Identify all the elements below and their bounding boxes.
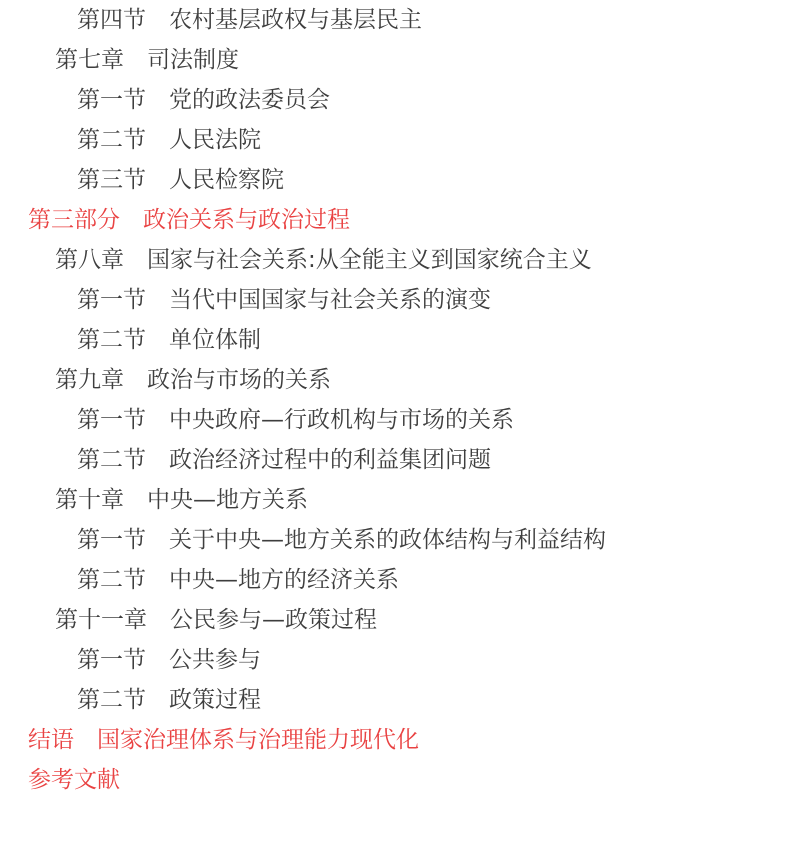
toc-entry-label: 第四节 bbox=[77, 7, 146, 33]
toc-entry-label: 结语 bbox=[28, 727, 74, 753]
toc-entry-label: 第一节 bbox=[77, 287, 146, 313]
toc-entry: 第四节农村基层政权与基层民主 bbox=[0, 0, 790, 40]
toc-entry-title: 中央政府—行政机构与市场的关系 bbox=[169, 407, 514, 433]
toc-entry: 第二节中央—地方的经济关系 bbox=[0, 560, 790, 600]
toc-entry-label: 第一节 bbox=[77, 87, 146, 113]
toc-entry: 第一节党的政法委员会 bbox=[0, 80, 790, 120]
toc-entry: 第一节关于中央—地方关系的政体结构与利益结构 bbox=[0, 520, 790, 560]
toc-entry-label: 第三部分 bbox=[28, 207, 120, 233]
toc-entry-title: 公共参与 bbox=[169, 647, 261, 673]
toc-entry-title: 公民参与—政策过程 bbox=[170, 607, 377, 633]
toc-entry: 第九章政治与市场的关系 bbox=[0, 360, 790, 400]
toc-entry: 结语国家治理体系与治理能力现代化 bbox=[0, 720, 790, 760]
toc-entry: 第三部分政治关系与政治过程 bbox=[0, 200, 790, 240]
toc-entry-label: 第三节 bbox=[77, 167, 146, 193]
toc-entry: 第二节政治经济过程中的利益集团问题 bbox=[0, 440, 790, 480]
toc-entry: 第一节当代中国国家与社会关系的演变 bbox=[0, 280, 790, 320]
toc-entry: 第十一章公民参与—政策过程 bbox=[0, 600, 790, 640]
toc-entry-title: 政治与市场的关系 bbox=[147, 367, 331, 393]
toc-entry-title: 当代中国国家与社会关系的演变 bbox=[169, 287, 491, 313]
toc-entry-label: 第八章 bbox=[55, 247, 124, 273]
toc-entry-label: 第二节 bbox=[77, 327, 146, 353]
toc-entry-label: 第七章 bbox=[55, 47, 124, 73]
toc-entry: 第一节公共参与 bbox=[0, 640, 790, 680]
toc-entry-label: 第一节 bbox=[77, 527, 146, 553]
toc-entry-label: 第二节 bbox=[77, 447, 146, 473]
toc-entry: 第十章中央—地方关系 bbox=[0, 480, 790, 520]
toc-entry: 第七章司法制度 bbox=[0, 40, 790, 80]
toc-entry-label: 第一节 bbox=[77, 407, 146, 433]
toc-entry-label: 第二节 bbox=[77, 127, 146, 153]
toc-entry-title: 国家治理体系与治理能力现代化 bbox=[97, 727, 419, 753]
toc-entry: 第三节人民检察院 bbox=[0, 160, 790, 200]
toc-entry-label: 第一节 bbox=[77, 647, 146, 673]
toc-entry: 参考文献 bbox=[0, 760, 790, 800]
toc-entry-title: 国家与社会关系:从全能主义到国家统合主义 bbox=[147, 247, 592, 273]
toc-entry-label: 第二节 bbox=[77, 567, 146, 593]
toc-entry: 第一节中央政府—行政机构与市场的关系 bbox=[0, 400, 790, 440]
toc-entry-title: 农村基层政权与基层民主 bbox=[169, 7, 422, 33]
toc-entry-label: 参考文献 bbox=[28, 767, 120, 793]
toc-entry: 第八章国家与社会关系:从全能主义到国家统合主义 bbox=[0, 240, 790, 280]
toc-entry-title: 政治经济过程中的利益集团问题 bbox=[169, 447, 491, 473]
toc-entry: 第二节人民法院 bbox=[0, 120, 790, 160]
toc-entry-label: 第二节 bbox=[77, 687, 146, 713]
toc-entry-title: 关于中央—地方关系的政体结构与利益结构 bbox=[169, 527, 606, 553]
toc-entry-title: 中央—地方关系 bbox=[147, 487, 308, 513]
toc: 第四节农村基层政权与基层民主第七章司法制度第一节党的政法委员会第二节人民法院第三… bbox=[0, 0, 790, 800]
toc-entry-title: 党的政法委员会 bbox=[169, 87, 330, 113]
toc-entry-title: 人民法院 bbox=[169, 127, 261, 153]
toc-entry: 第二节政策过程 bbox=[0, 680, 790, 720]
toc-entry-label: 第十章 bbox=[55, 487, 124, 513]
toc-entry-title: 司法制度 bbox=[147, 47, 239, 73]
toc-entry-title: 单位体制 bbox=[169, 327, 261, 353]
toc-entry-title: 中央—地方的经济关系 bbox=[169, 567, 399, 593]
toc-entry-title: 政策过程 bbox=[169, 687, 261, 713]
toc-entry: 第二节单位体制 bbox=[0, 320, 790, 360]
toc-entry-title: 人民检察院 bbox=[169, 167, 284, 193]
toc-entry-label: 第十一章 bbox=[55, 607, 147, 633]
toc-entry-title: 政治关系与政治过程 bbox=[143, 207, 350, 233]
toc-entry-label: 第九章 bbox=[55, 367, 124, 393]
